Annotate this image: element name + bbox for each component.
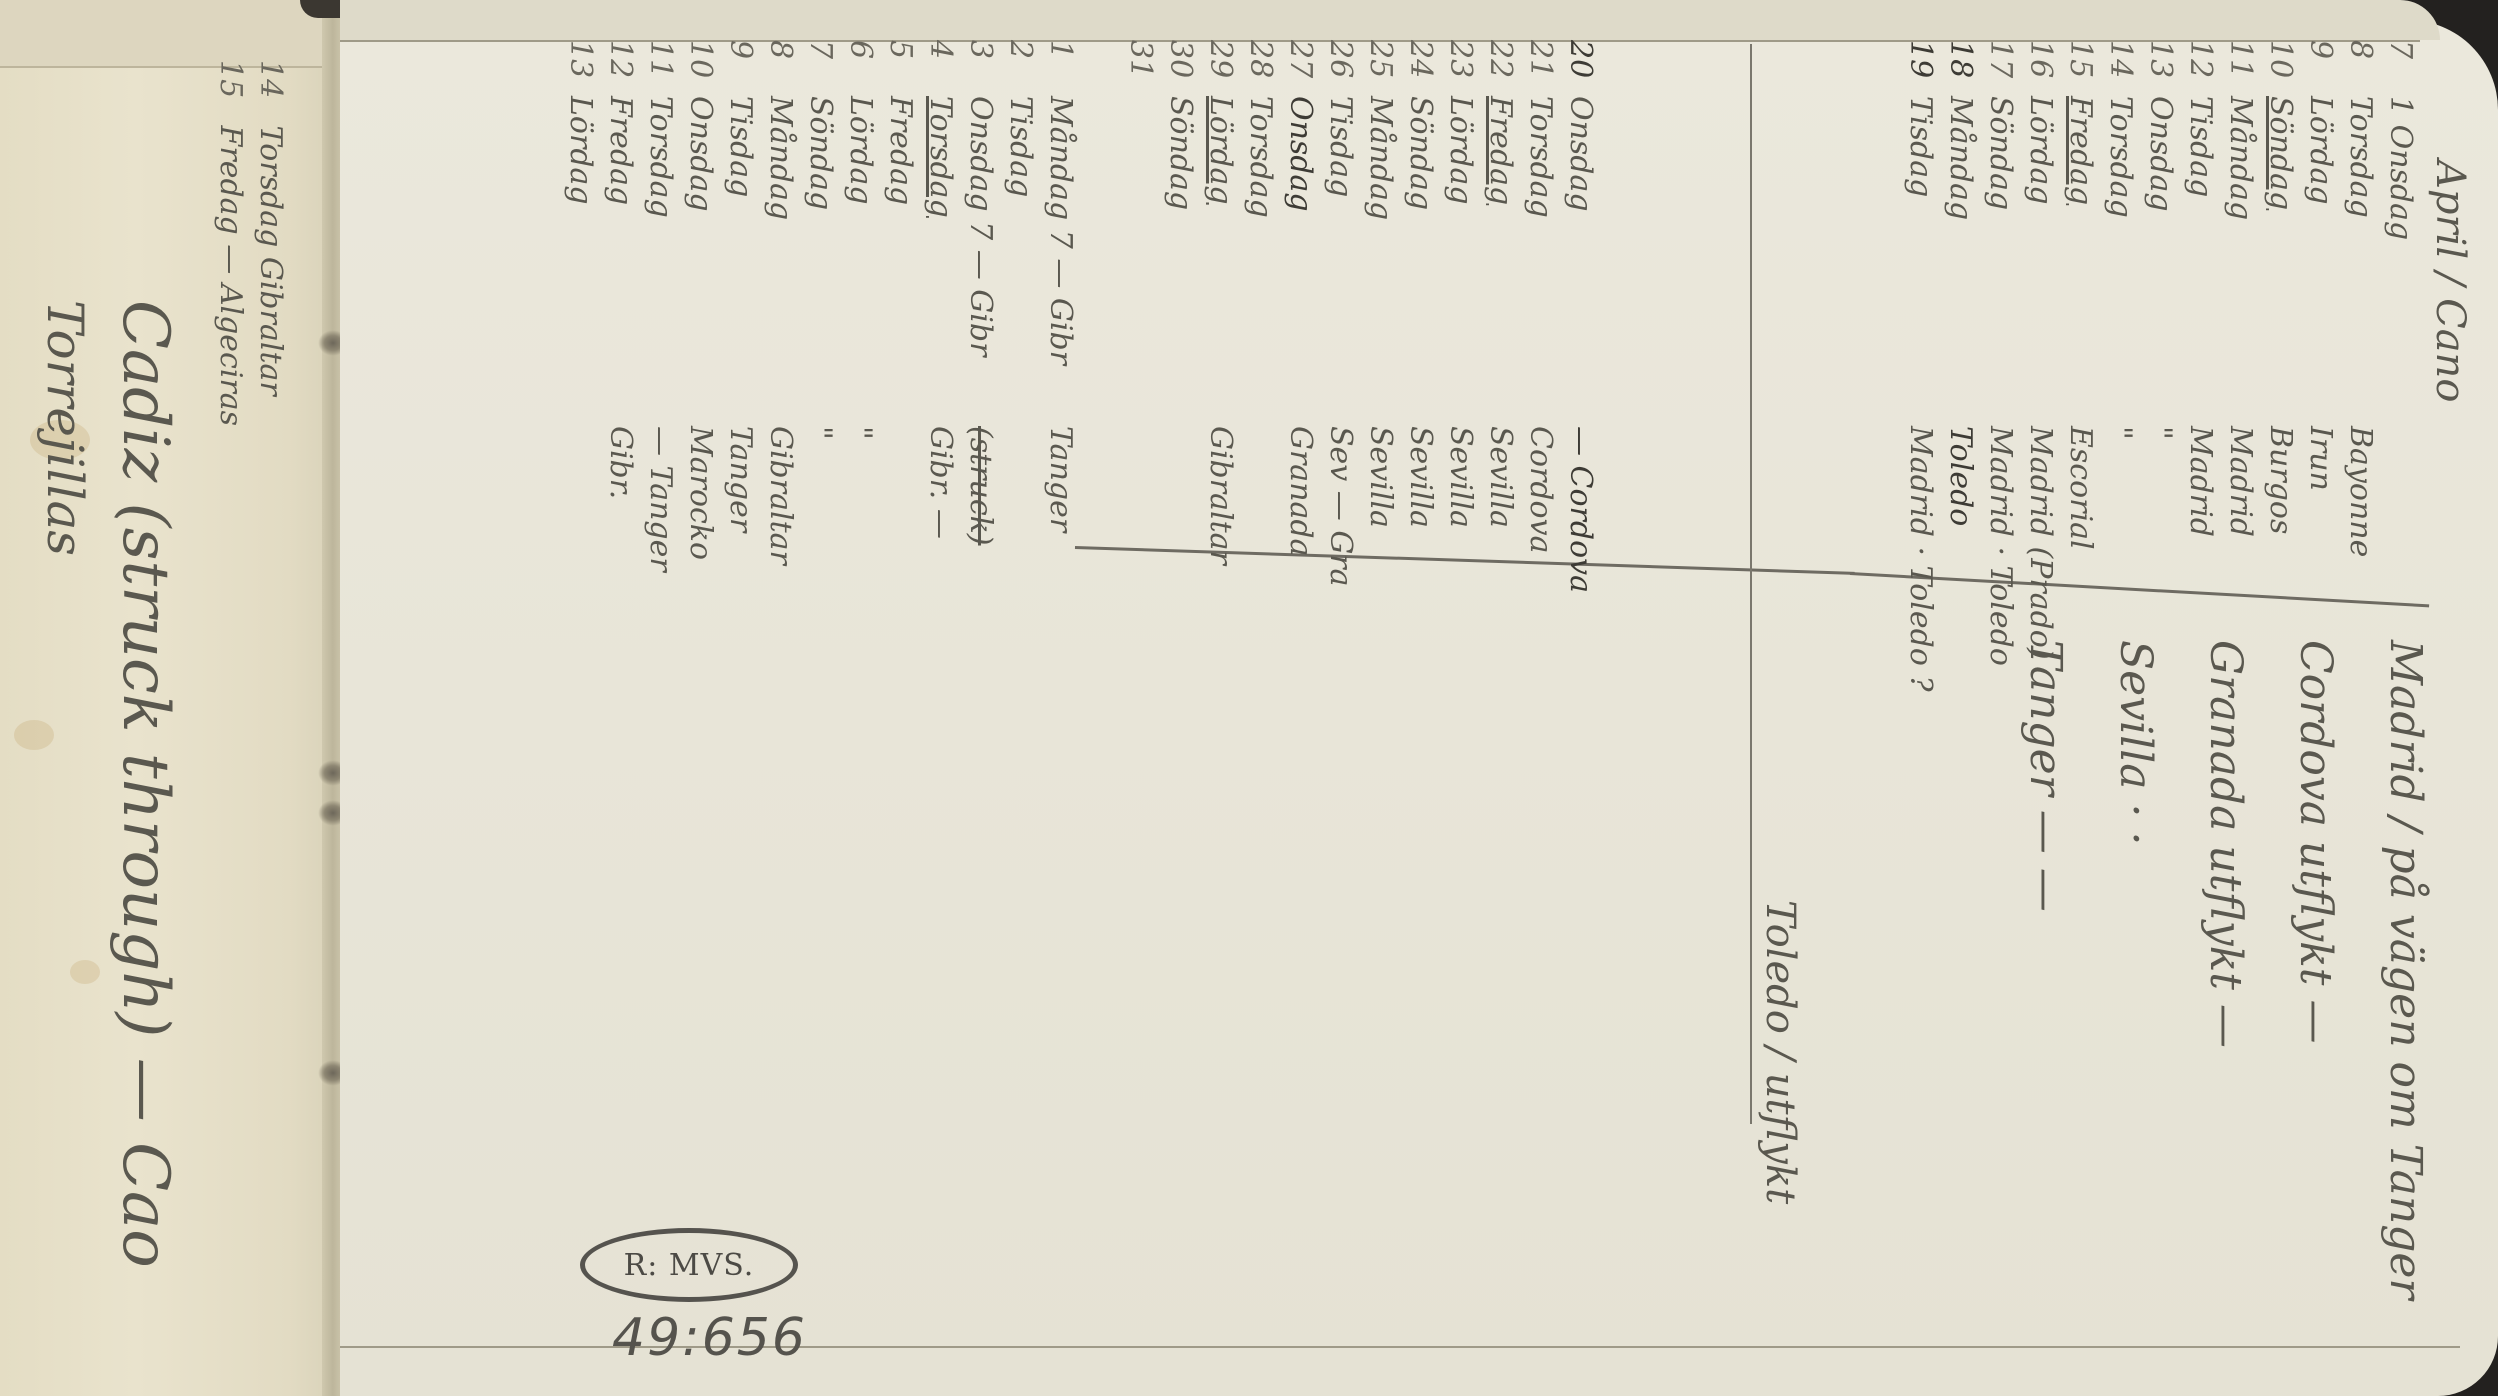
itinerary-row: 29LördagGibraltar: [1200, 40, 1240, 593]
itinerary-row: 11Torsdag— Tanger: [640, 40, 680, 572]
itinerary-row: 10SöndagBurgos: [2260, 40, 2300, 692]
itinerary-row: 8MåndagGibraltar: [760, 40, 800, 572]
itinerary-row: 17SöndagMadrid · Toledo: [1980, 40, 2020, 692]
cover-note: 15 Fredag — Algeciras: [210, 60, 250, 426]
accession-number: 49:656: [612, 1308, 807, 1368]
cover-notes: 14 Torsdag Gibraltar 15 Fredag — Algecir…: [210, 60, 290, 426]
travel-note: Tanger — —: [2000, 640, 2090, 1299]
pencil-rule-vertical: [1750, 44, 1752, 1124]
cover-note: 14 Torsdag Gibraltar: [250, 60, 290, 426]
itinerary-row: 16LördagMadrid (Prado): [2020, 40, 2060, 692]
itinerary-column-2: 20Onsdag— Cordova 21TorsdagCordova 22Fre…: [1120, 40, 1600, 593]
travel-notes: Madrid / på vägen om Tanger Cordova utfl…: [2000, 640, 2450, 1299]
itinerary-row: 11MåndagMadrid: [2220, 40, 2260, 692]
itinerary-row: 5Fredag: [880, 40, 920, 572]
itinerary-row: 31: [1120, 40, 1160, 593]
itinerary-column-3: 1Måndag 7 — GibrTanger 2Tisdag 3Onsdag 7…: [560, 40, 1080, 572]
itinerary-row: 25MåndagSevilla: [1360, 40, 1400, 593]
itinerary-row: 2Tisdag: [1000, 40, 1040, 572]
itinerary-row: 15FredagEscorial: [2060, 40, 2100, 692]
itinerary-row: 9LördagIrun: [2300, 40, 2340, 692]
cover-note: Cadiz (struck through) — Cao: [100, 300, 190, 1268]
itinerary-column-1: 71 Onsdag 8TorsdagBayonne 9LördagIrun 10…: [1900, 40, 2420, 692]
itinerary-row: 22FredagSevilla: [1480, 40, 1520, 593]
itinerary-row: 13Onsdag": [2140, 40, 2180, 692]
travel-note: Madrid / på vägen om Tanger: [2360, 640, 2450, 1299]
itinerary-row: 12FredagGibr.: [600, 40, 640, 572]
itinerary-row: 7Söndag": [800, 40, 840, 572]
itinerary-row: 9TisdagTanger: [720, 40, 760, 572]
itinerary-row: 19TisdagMadrid · Toledo ?: [1900, 40, 1940, 692]
itinerary-row: 1Måndag 7 — GibrTanger: [1040, 40, 1080, 572]
travel-note: Granada utflykt —: [2180, 640, 2270, 1299]
itinerary-row: 4TorsdagGibr. —: [920, 40, 960, 572]
cover-notes-large: Cadiz (struck through) — Cao Torrejillas: [30, 300, 190, 1268]
itinerary-row: 28Torsdag: [1240, 40, 1280, 593]
itinerary-row: 14Torsdag": [2100, 40, 2140, 692]
travel-note-toledo: Toledo / utflykt: [1760, 900, 1800, 1204]
itinerary-row: 26TisdagSev — Gra: [1320, 40, 1360, 593]
itinerary-row: 27OnsdagGranada: [1280, 40, 1320, 593]
itinerary-row: 6Lördag": [840, 40, 880, 572]
itinerary-row: 30Söndag: [1160, 40, 1200, 593]
itinerary-row: 24SöndagSevilla: [1400, 40, 1440, 593]
museum-stamp: R: MVS.: [580, 1228, 798, 1302]
itinerary-row: 3Onsdag 7 — Gibr(struck): [960, 40, 1000, 572]
cover-note: Torrejillas: [30, 300, 100, 1268]
travel-note: Sevilla · ·: [2090, 640, 2180, 1299]
itinerary-row: 71 Onsdag: [2380, 40, 2420, 692]
itinerary-header: April / Cano: [2430, 160, 2470, 402]
itinerary-row: 10OnsdagMarocko: [680, 40, 720, 572]
itinerary-row: 18MåndagToledo: [1940, 40, 1980, 692]
scanned-notebook-spread: 14 Torsdag Gibraltar 15 Fredag — Algecir…: [0, 0, 2498, 1396]
travel-note: Cordova utflykt —: [2270, 640, 2360, 1299]
itinerary-row: 8TorsdagBayonne: [2340, 40, 2380, 692]
cover-top-edge: [0, 0, 340, 68]
itinerary-row: 20Onsdag— Cordova: [1560, 40, 1600, 593]
itinerary-row: 13Lördag: [560, 40, 600, 572]
itinerary-row: 21TorsdagCordova: [1520, 40, 1560, 593]
itinerary-row: 23LördagSevilla: [1440, 40, 1480, 593]
itinerary-row: 12TisdagMadrid: [2180, 40, 2220, 692]
page-top-edge: [340, 0, 2440, 40]
